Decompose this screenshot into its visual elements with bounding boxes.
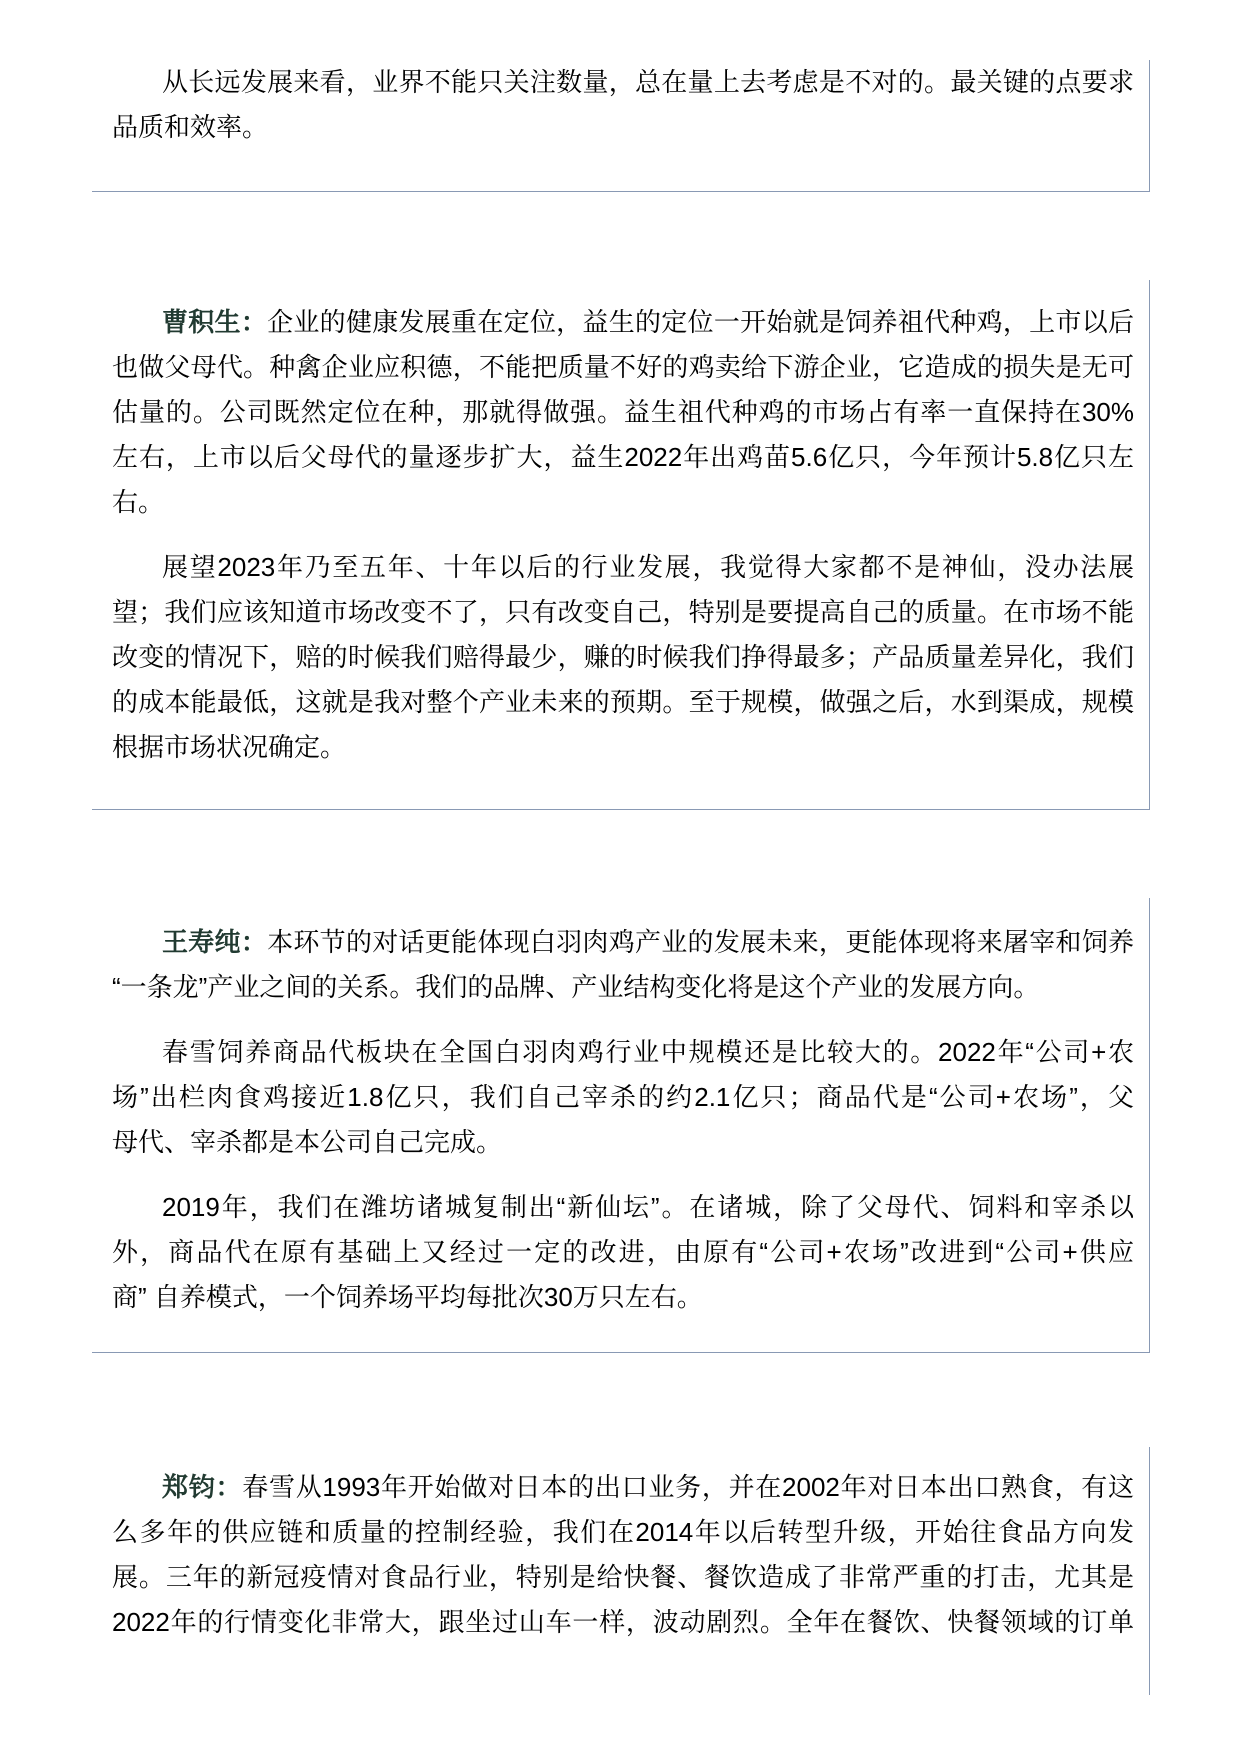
- speaker-name: 郑钧：: [162, 1472, 242, 1502]
- text-line: 的成本能最低，这就是我对整个产业未来的预期。至于规模，做强之后，水到渠成，规模: [112, 680, 1134, 725]
- paragraph: 春雪饲养商品代板块在全国白羽肉鸡行业中规模还是比较大的。2022年“公司+农场”…: [112, 1030, 1134, 1165]
- text-line: 2019年，我们在潍坊诸城复制出“新仙坛”。在诸城，除了父母代、饲料和宰杀以: [112, 1185, 1134, 1230]
- text-line: 展。三年的新冠疫情对食品行业，特别是给快餐、餐饮造成了非常严重的打击，尤其是: [112, 1555, 1134, 1600]
- text-line: 曹积生：企业的健康发展重在定位，益生的定位一开始就是饲养祖代种鸡，上市以后: [112, 300, 1134, 345]
- paragraph: 从长远发展来看，业界不能只关注数量，总在量上去考虑是不对的。最关键的点要求品质和…: [112, 60, 1134, 150]
- text-line: 展望2023年乃至五年、十年以后的行业发展，我觉得大家都不是神仙，没办法展: [112, 545, 1134, 590]
- text-line: 从长远发展来看，业界不能只关注数量，总在量上去考虑是不对的。最关键的点要求: [112, 60, 1134, 105]
- text-line: 春雪饲养商品代板块在全国白羽肉鸡行业中规模还是比较大的。2022年“公司+农: [112, 1030, 1134, 1075]
- text-line: 2022年的行情变化非常大，跟坐过山车一样，波动剧烈。全年在餐饮、快餐领域的订单: [112, 1600, 1134, 1645]
- text-line: 左右，上市以后父母代的量逐步扩大，益生2022年出鸡苗5.6亿只，今年预计5.8…: [112, 435, 1134, 480]
- paragraph: 2019年，我们在潍坊诸城复制出“新仙坛”。在诸城，除了父母代、饲料和宰杀以外，…: [112, 1185, 1134, 1320]
- qa-block-zhengjun: 郑钧：春雪从1993年开始做对日本的出口业务，并在2002年对日本出口熟食，有这…: [92, 1447, 1150, 1695]
- paragraph: 曹积生：企业的健康发展重在定位，益生的定位一开始就是饲养祖代种鸡，上市以后也做父…: [112, 300, 1134, 525]
- text-line: 么多年的供应链和质量的控制经验，我们在2014年以后转型升级，开始往食品方向发: [112, 1510, 1134, 1555]
- text-line: 王寿纯：本环节的对话更能体现白羽肉鸡产业的发展未来，更能体现将来屠宰和饲养: [112, 920, 1134, 965]
- text-line: 外，商品代在原有基础上又经过一定的改进，由原有“公司+农场”改进到“公司+供应: [112, 1230, 1134, 1275]
- text-line: 品质和效率。: [112, 105, 1134, 150]
- text-line: 郑钧：春雪从1993年开始做对日本的出口业务，并在2002年对日本出口熟食，有这: [112, 1465, 1134, 1510]
- text-line: 也做父母代。种禽企业应积德，不能把质量不好的鸡卖给下游企业，它造成的损失是无可: [112, 345, 1134, 390]
- text-line: 场”出栏肉食鸡接近1.8亿只，我们自己宰杀的约2.1亿只；商品代是“公司+农场”…: [112, 1075, 1134, 1120]
- speaker-name: 曹积生：: [162, 307, 267, 337]
- paragraph: 郑钧：春雪从1993年开始做对日本的出口业务，并在2002年对日本出口熟食，有这…: [112, 1465, 1134, 1645]
- paragraph: 王寿纯：本环节的对话更能体现白羽肉鸡产业的发展未来，更能体现将来屠宰和饲养“一条…: [112, 920, 1134, 1010]
- text-line: 右。: [112, 480, 1134, 525]
- text-line: 估量的。公司既然定位在种，那就得做强。益生祖代种鸡的市场占有率一直保持在30%: [112, 390, 1134, 435]
- qa-block-intro: 从长远发展来看，业界不能只关注数量，总在量上去考虑是不对的。最关键的点要求品质和…: [92, 60, 1150, 192]
- document-page: 从长远发展来看，业界不能只关注数量，总在量上去考虑是不对的。最关键的点要求品质和…: [0, 0, 1239, 1753]
- text-line: 母代、宰杀都是本公司自己完成。: [112, 1120, 1134, 1165]
- text-line: 根据市场状况确定。: [112, 725, 1134, 770]
- text-line: 改变的情况下，赔的时候我们赔得最少，赚的时候我们挣得最多；产品质量差异化，我们: [112, 635, 1134, 680]
- qa-block-caojisheng: 曹积生：企业的健康发展重在定位，益生的定位一开始就是饲养祖代种鸡，上市以后也做父…: [92, 280, 1150, 810]
- qa-block-wangshouchun: 王寿纯：本环节的对话更能体现白羽肉鸡产业的发展未来，更能体现将来屠宰和饲养“一条…: [92, 898, 1150, 1353]
- text-line: 望；我们应该知道市场改变不了，只有改变自己，特别是要提高自己的质量。在市场不能: [112, 590, 1134, 635]
- paragraph: 展望2023年乃至五年、十年以后的行业发展，我觉得大家都不是神仙，没办法展望；我…: [112, 545, 1134, 770]
- speaker-name: 王寿纯：: [162, 927, 267, 957]
- text-line: 商” 自养模式，一个饲养场平均每批次30万只左右。: [112, 1275, 1134, 1320]
- text-line: “一条龙”产业之间的关系。我们的品牌、产业结构变化将是这个产业的发展方向。: [112, 965, 1134, 1010]
